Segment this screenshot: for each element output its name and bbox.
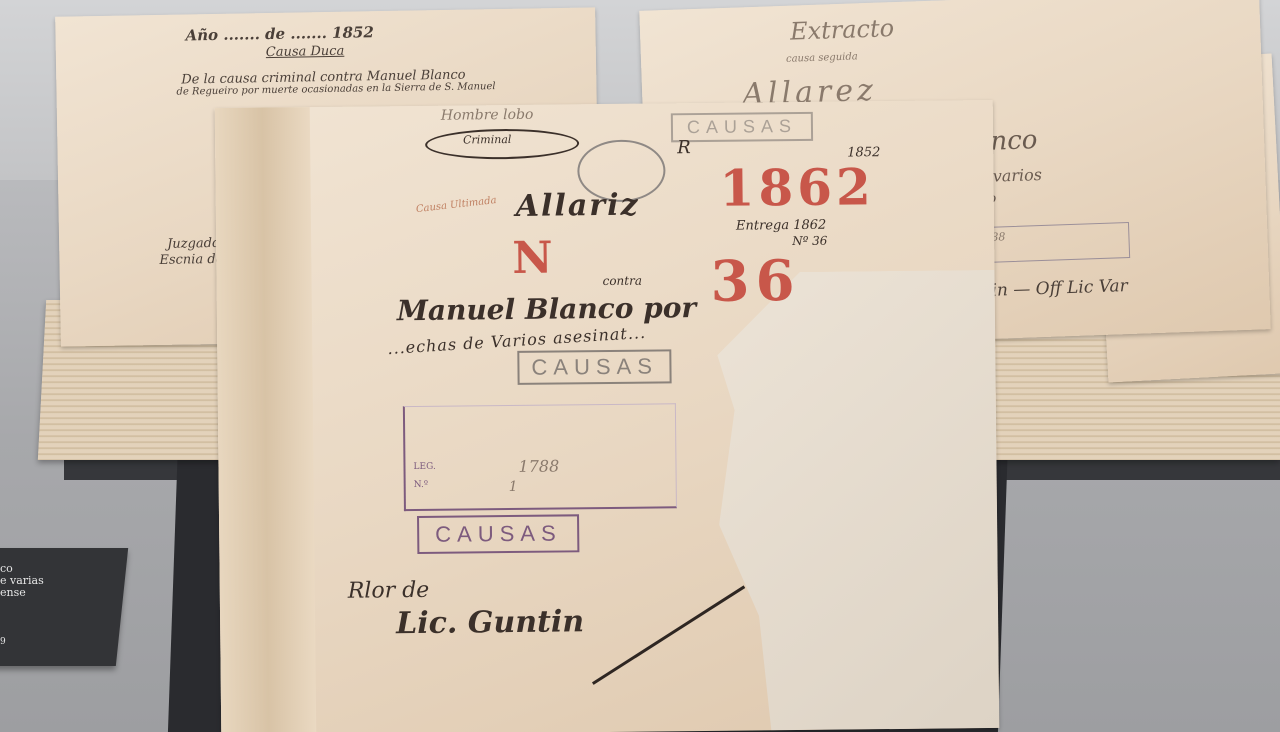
placard-line3: ense — [0, 586, 26, 599]
front-place: Allariz — [516, 188, 640, 224]
front-relator-label: Rlor de — [348, 578, 430, 604]
front-entrega-no: Nº 36 — [792, 234, 827, 248]
front-document-spine — [215, 107, 317, 732]
front-name: Manuel Blanco por — [397, 291, 697, 327]
placard-line4: 9 — [0, 636, 6, 649]
left-doc-line2: Causa Duca — [266, 44, 345, 60]
front-document: Hombre lobo Criminal CAUSAS R 1852 Causa… — [215, 100, 1000, 732]
front-contra: contra — [602, 274, 642, 288]
front-stencil-number: 36 — [710, 248, 801, 315]
front-numero: 1 — [509, 479, 518, 495]
front-stamp-n: N.º — [414, 480, 429, 490]
signature-flourish — [592, 585, 745, 685]
front-margin-note: Causa Ultimada — [415, 195, 497, 215]
right-doc-title: Extracto — [790, 14, 895, 46]
right-doc-subtitle: causa seguida — [786, 51, 858, 64]
front-entrega: Entrega 1862 — [736, 218, 826, 234]
front-oval-note: Criminal — [463, 133, 511, 147]
front-stencil-letter: N — [512, 233, 553, 284]
front-letter-r: R — [677, 137, 691, 158]
front-top-note: Hombre lobo — [441, 107, 534, 124]
front-stamp-causas-top: CAUSAS — [671, 112, 813, 142]
front-stamp-leg: LEG. — [413, 462, 435, 472]
left-doc-line1: Año ....... de ....... 1852 — [185, 23, 374, 44]
front-stamp-causas-bottom: CAUSAS — [417, 514, 580, 554]
exhibit-placard — [0, 548, 128, 666]
front-legajo-number: 1788 — [518, 457, 559, 476]
front-stamp-causas-mid: CAUSAS — [517, 349, 672, 385]
front-relator-name: Lic. Guntin — [396, 604, 584, 641]
front-stencil-year: 1862 — [719, 157, 875, 218]
front-document-torn-area — [716, 270, 999, 731]
